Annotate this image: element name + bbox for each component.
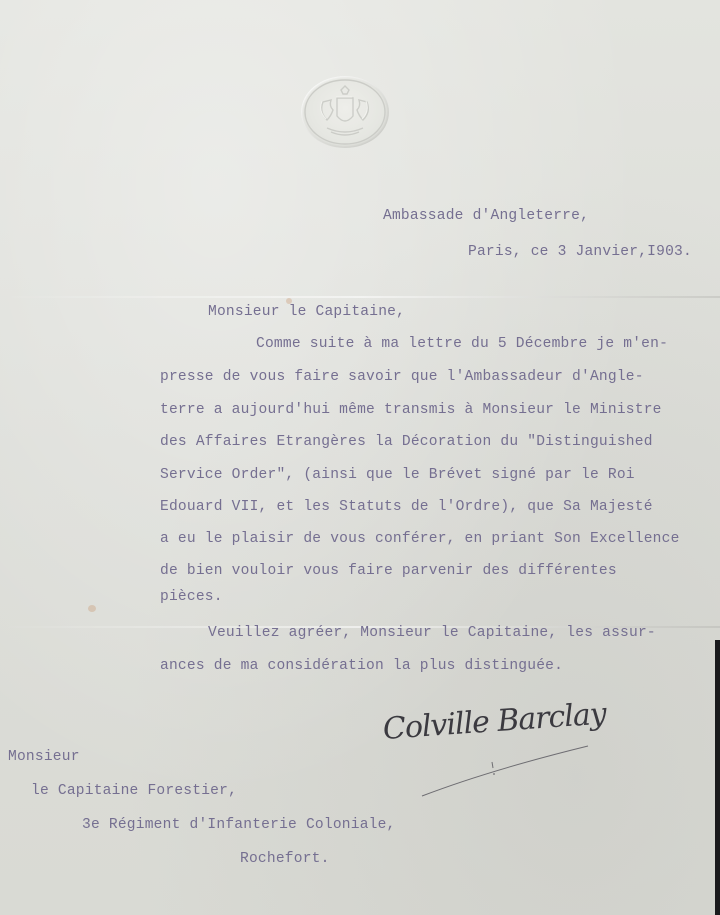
- body-line: Service Order", (ainsi que le Brévet sig…: [160, 466, 635, 484]
- place-date-line: Paris, ce 3 Janvier,I903.: [468, 243, 692, 261]
- body-line: Comme suite à ma lettre du 5 Décembre je…: [256, 335, 668, 353]
- body-line: Edouard VII, et les Statuts de l'Ordre),…: [160, 498, 653, 516]
- royal-coat-of-arms-emboss: [301, 76, 389, 148]
- paper-fold-crease: [0, 296, 720, 298]
- signature-flourish-icon: [420, 740, 590, 800]
- sender-line: Ambassade d'Angleterre,: [383, 207, 589, 225]
- recipient-line: le Capitaine Forestier,: [31, 782, 237, 800]
- recipient-line: 3e Régiment d'Infanterie Coloniale,: [82, 816, 396, 834]
- recipient-line: Monsieur: [8, 748, 80, 766]
- body-line: de bien vouloir vous faire parvenir des …: [160, 562, 617, 580]
- closing-line: Veuillez agréer, Monsieur le Capitaine, …: [208, 624, 656, 642]
- body-line: pièces.: [160, 588, 223, 606]
- coat-of-arms-icon: [301, 76, 389, 148]
- salutation: Monsieur le Capitaine,: [208, 303, 405, 321]
- body-line: terre a aujourd'hui même transmis à Mons…: [160, 401, 662, 419]
- body-line: presse de vous faire savoir que l'Ambass…: [160, 368, 644, 386]
- recipient-line: Rochefort.: [240, 850, 330, 868]
- foxing-stain: [88, 605, 96, 612]
- body-line: des Affaires Etrangères la Décoration du…: [160, 433, 653, 451]
- closing-line: ances de ma considération la plus distin…: [160, 657, 563, 675]
- body-line: a eu le plaisir de vous conférer, en pri…: [160, 530, 680, 548]
- background-edge: [715, 640, 720, 915]
